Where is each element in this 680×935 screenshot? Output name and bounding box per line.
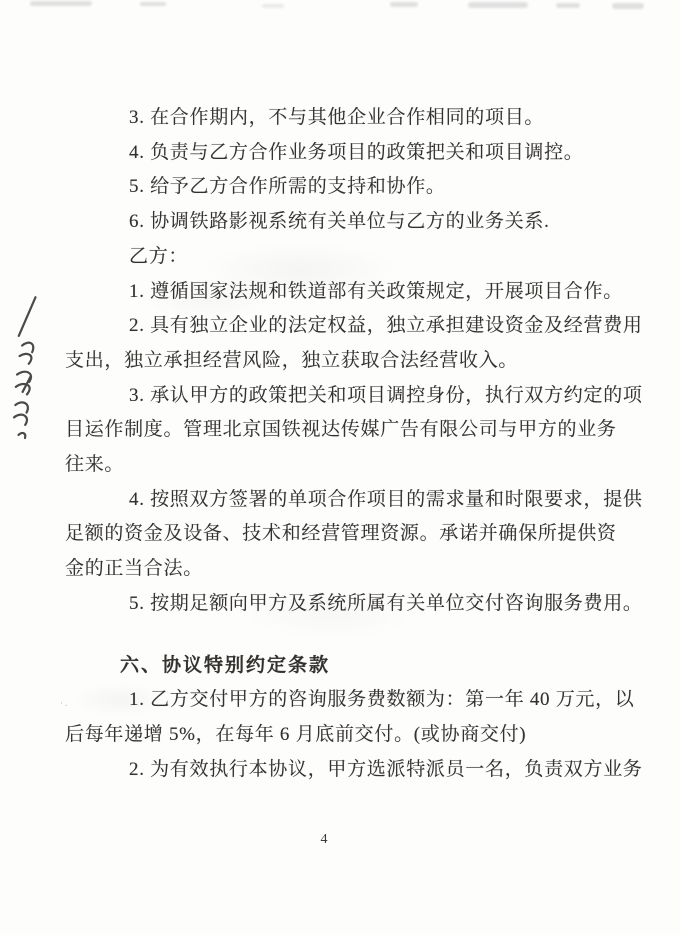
- scan-smudge: [262, 4, 284, 8]
- text-line: 目运作制度。管理北京国铁视达传媒广告有限公司与甲方的业务: [65, 413, 625, 448]
- scan-smudge: [140, 2, 166, 6]
- scan-smudge: [30, 1, 92, 6]
- text-line: 支出，独立承担经营风险，独立获取合法经营收入。: [65, 344, 625, 379]
- scan-smudge: [556, 3, 580, 8]
- text-line: 1. 遵循国家法规和铁道部有关政策规定，开展项目合作。: [65, 275, 625, 310]
- text-line: 3. 在合作期内，不与其他企业合作相同的项目。: [65, 101, 625, 136]
- text-line: 后每年递增 5%，在每年 6 月底前交付。(或协商交付): [65, 718, 625, 753]
- text-line: 5. 按期足额向甲方及系统所属有关单位交付咨询服务费用。: [65, 587, 625, 622]
- text-line: 足额的资金及设备、技术和经营管理资源。承诺并确保所提供资: [65, 517, 625, 552]
- text-line: 2. 具有独立企业的法定权益，独立承担建设资金及经营费用: [65, 309, 625, 344]
- text-line: 6. 协调铁路影视系统有关单位与乙方的业务关系.: [65, 205, 625, 240]
- text-line: 4. 按照双方签署的单项合作项目的需求量和时限要求，提供: [65, 483, 625, 518]
- scanned-contract-page: ·. 3. 在合作期内，不与其他企业合作相同的项目。 4. 负责与乙方合作业务项…: [0, 0, 680, 935]
- scan-smudge: [468, 2, 528, 8]
- scan-smudge: [390, 2, 418, 7]
- party-b-label: 乙方：: [65, 240, 625, 275]
- text-line: 1. 乙方交付甲方的咨询服务费数额为：第一年 40 万元，以: [65, 683, 625, 718]
- text-line: 2. 为有效执行本协议，甲方选派特派员一名，负责双方业务: [65, 753, 625, 788]
- text-line: 3. 承认甲方的政策把关和项目调控身份，执行双方约定的项: [65, 379, 625, 414]
- text-line: 往来。: [65, 448, 625, 483]
- section-six-heading: 六、协议特别约定条款: [65, 649, 625, 684]
- scan-smudge: [612, 3, 644, 9]
- contract-body: 3. 在合作期内，不与其他企业合作相同的项目。 4. 负责与乙方合作业务项目的政…: [65, 101, 625, 787]
- handwritten-margin-note-icon: [2, 293, 54, 453]
- page-number: 4: [0, 832, 648, 848]
- text-line: 5. 给予乙方合作所需的支持和协作。: [65, 170, 625, 205]
- text-line: 4. 负责与乙方合作业务项目的政策把关和项目调控。: [65, 136, 625, 171]
- text-line: 金的正当合法。: [65, 552, 625, 587]
